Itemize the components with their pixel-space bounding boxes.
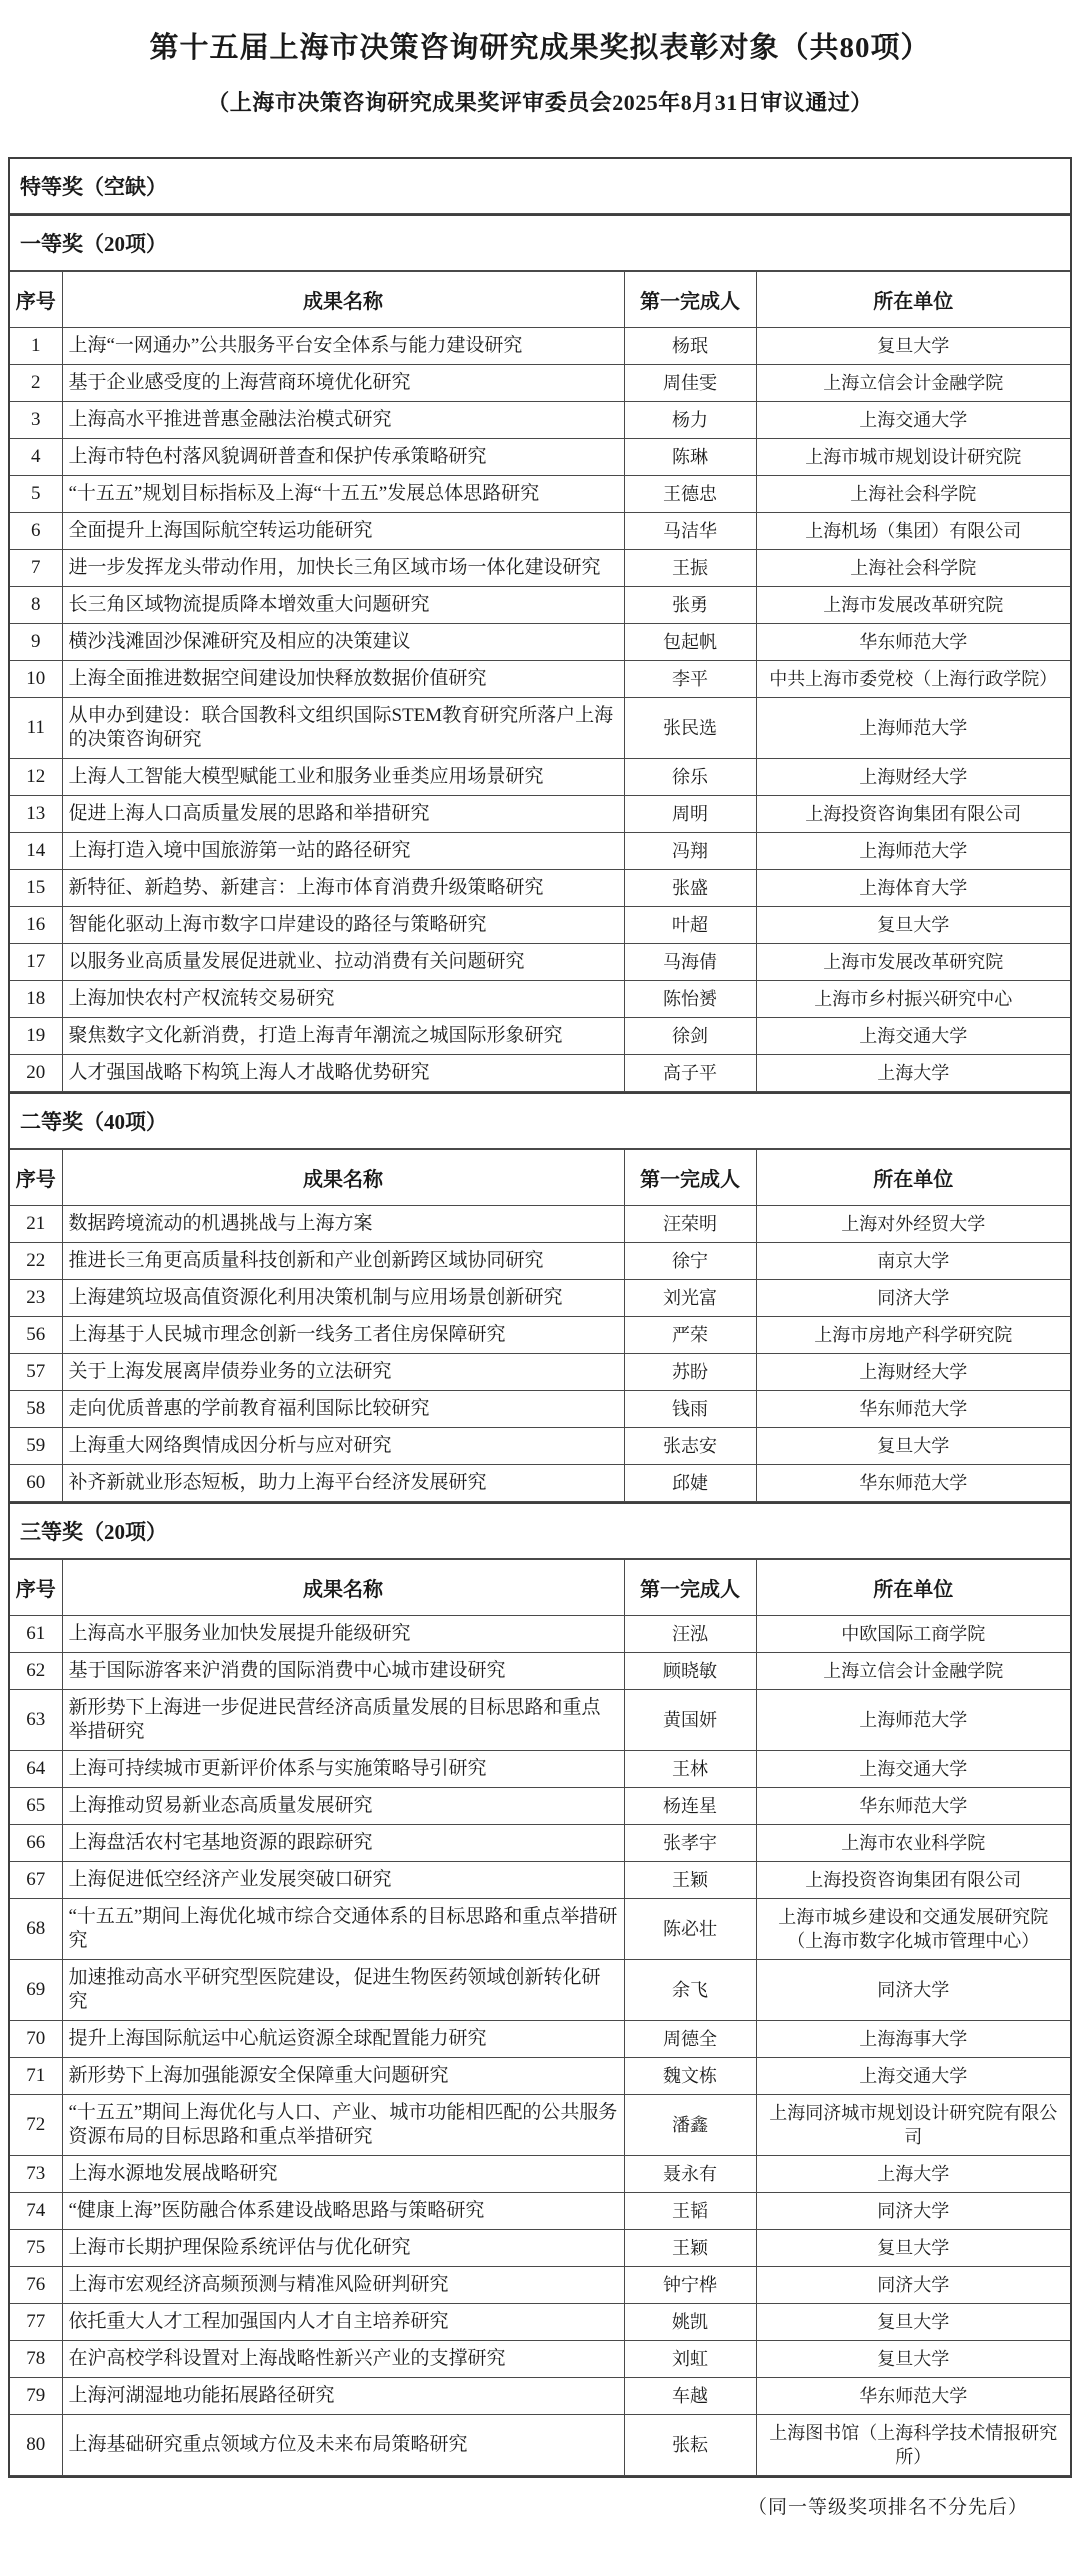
cell-result-title: 关于上海发展离岸债券业务的立法研究: [62, 1354, 624, 1391]
cell-first-author: 汪泓: [624, 1616, 756, 1653]
table-row: 2基于企业感受度的上海营商环境优化研究周佳雯上海立信会计金融学院: [10, 365, 1070, 402]
cell-organization: 上海社会科学院: [756, 550, 1070, 587]
cell-first-author: 王颖: [624, 1862, 756, 1899]
table-row: 8长三角区域物流提质降本增效重大问题研究张勇上海市发展改革研究院: [10, 587, 1070, 624]
table-row: 20人才强国战略下构筑上海人才战略优势研究高子平上海大学: [10, 1055, 1070, 1092]
table-row: 57关于上海发展离岸债券业务的立法研究苏盼上海财经大学: [10, 1354, 1070, 1391]
cell-index: 70: [10, 2021, 62, 2058]
table-row: 69加速推动高水平研究型医院建设，促进生物医药领域创新转化研究余飞同济大学: [10, 1960, 1070, 2021]
table-row: 5“十五五”规划目标指标及上海“十五五”发展总体思路研究王德忠上海社会科学院: [10, 476, 1070, 513]
cell-organization: 中共上海市委党校（上海行政学院）: [756, 661, 1070, 698]
cell-index: 6: [10, 513, 62, 550]
cell-index: 58: [10, 1391, 62, 1428]
cell-organization: 上海财经大学: [756, 1354, 1070, 1391]
cell-first-author: 聂永有: [624, 2156, 756, 2193]
cell-organization: 上海交通大学: [756, 2058, 1070, 2095]
cell-index: 65: [10, 1788, 62, 1825]
table-row: 1上海“一网通办”公共服务平台安全体系与能力建设研究杨珉复旦大学: [10, 328, 1070, 365]
cell-organization: 华东师范大学: [756, 1465, 1070, 1502]
cell-index: 78: [10, 2341, 62, 2378]
cell-first-author: 张孝宇: [624, 1825, 756, 1862]
cell-index: 18: [10, 981, 62, 1018]
cell-first-author: 钟宁桦: [624, 2267, 756, 2304]
header-row: 序号成果名称第一完成人所在单位: [10, 272, 1070, 328]
cell-result-title: 新特征、新趋势、新建言：上海市体育消费升级策略研究: [62, 870, 624, 907]
cell-organization: 上海师范大学: [756, 1690, 1070, 1751]
cell-result-title: 上海高水平推进普惠金融法治模式研究: [62, 402, 624, 439]
cell-index: 17: [10, 944, 62, 981]
cell-organization: 上海投资咨询集团有限公司: [756, 1862, 1070, 1899]
cell-index: 72: [10, 2095, 62, 2156]
cell-organization: 同济大学: [756, 1280, 1070, 1317]
cell-first-author: 陈琳: [624, 439, 756, 476]
cell-result-title: 上海推动贸易新业态高质量发展研究: [62, 1788, 624, 1825]
cell-index: 10: [10, 661, 62, 698]
table-row: 3上海高水平推进普惠金融法治模式研究杨力上海交通大学: [10, 402, 1070, 439]
cell-first-author: 王德忠: [624, 476, 756, 513]
cell-organization: 华东师范大学: [756, 624, 1070, 661]
cell-organization: 同济大学: [756, 2193, 1070, 2230]
cell-result-title: 上海市特色村落风貌调研普查和保护传承策略研究: [62, 439, 624, 476]
cell-result-title: 聚焦数字文化新消费，打造上海青年潮流之城国际形象研究: [62, 1018, 624, 1055]
cell-index: 2: [10, 365, 62, 402]
cell-organization: 上海投资咨询集团有限公司: [756, 796, 1070, 833]
cell-result-title: 上海可持续城市更新评价体系与实施策略导引研究: [62, 1751, 624, 1788]
table-row: 11从申办到建设：联合国教科文组织国际STEM教育研究所落户上海的决策咨询研究张…: [10, 698, 1070, 759]
cell-result-title: 上海打造入境中国旅游第一站的路径研究: [62, 833, 624, 870]
cell-result-title: “十五五”期间上海优化城市综合交通体系的目标思路和重点举措研究: [62, 1899, 624, 1960]
cell-result-title: 上海盘活农村宅基地资源的跟踪研究: [62, 1825, 624, 1862]
table-row: 10上海全面推进数据空间建设加快释放数据价值研究李平中共上海市委党校（上海行政学…: [10, 661, 1070, 698]
column-header: 成果名称: [62, 1560, 624, 1616]
cell-first-author: 苏盼: [624, 1354, 756, 1391]
table-row: 15新特征、新趋势、新建言：上海市体育消费升级策略研究张盛上海体育大学: [10, 870, 1070, 907]
cell-index: 9: [10, 624, 62, 661]
cell-organization: 上海师范大学: [756, 698, 1070, 759]
table-row: 63新形势下上海进一步促进民营经济高质量发展的目标思路和重点举措研究黄国妍上海师…: [10, 1690, 1070, 1751]
cell-organization: 上海师范大学: [756, 833, 1070, 870]
cell-organization: 上海立信会计金融学院: [756, 365, 1070, 402]
cell-index: 80: [10, 2415, 62, 2476]
cell-first-author: 陈怡赟: [624, 981, 756, 1018]
section-band: 一等奖（20项）: [10, 214, 1070, 271]
cell-result-title: 推进长三角更高质量科技创新和产业创新跨区域协同研究: [62, 1243, 624, 1280]
cell-result-title: 横沙浅滩固沙保滩研究及相应的决策建议: [62, 624, 624, 661]
cell-first-author: 周明: [624, 796, 756, 833]
table-row: 23上海建筑垃圾高值资源化利用决策机制与应用场景创新研究刘光富同济大学: [10, 1280, 1070, 1317]
cell-result-title: 走向优质普惠的学前教育福利国际比较研究: [62, 1391, 624, 1428]
table-row: 76上海市宏观经济高频预测与精准风险研判研究钟宁桦同济大学: [10, 2267, 1070, 2304]
cell-index: 64: [10, 1751, 62, 1788]
cell-result-title: “十五五”期间上海优化与人口、产业、城市功能相匹配的公共服务资源布局的目标思路和…: [62, 2095, 624, 2156]
cell-result-title: 全面提升上海国际航空转运功能研究: [62, 513, 624, 550]
cell-organization: 上海市农业科学院: [756, 1825, 1070, 1862]
cell-index: 56: [10, 1317, 62, 1354]
cell-index: 75: [10, 2230, 62, 2267]
cell-index: 14: [10, 833, 62, 870]
column-header: 序号: [10, 272, 62, 328]
cell-organization: 上海海事大学: [756, 2021, 1070, 2058]
cell-index: 77: [10, 2304, 62, 2341]
column-header: 所在单位: [756, 1150, 1070, 1206]
cell-organization: 上海财经大学: [756, 759, 1070, 796]
cell-index: 66: [10, 1825, 62, 1862]
cell-index: 74: [10, 2193, 62, 2230]
cell-organization: 中欧国际工商学院: [756, 1616, 1070, 1653]
cell-first-author: 王颖: [624, 2230, 756, 2267]
cell-first-author: 马海倩: [624, 944, 756, 981]
cell-organization: 上海同济城市规划设计研究院有限公司: [756, 2095, 1070, 2156]
cell-first-author: 王林: [624, 1751, 756, 1788]
section-table: 序号成果名称第一完成人所在单位1上海“一网通办”公共服务平台安全体系与能力建设研…: [10, 271, 1070, 1092]
column-header: 所在单位: [756, 1560, 1070, 1616]
cell-organization: 上海立信会计金融学院: [756, 1653, 1070, 1690]
cell-organization: 上海市乡村振兴研究中心: [756, 981, 1070, 1018]
cell-organization: 同济大学: [756, 2267, 1070, 2304]
cell-result-title: 上海重大网络舆情成因分析与应对研究: [62, 1428, 624, 1465]
cell-first-author: 张勇: [624, 587, 756, 624]
table-row: 21数据跨境流动的机遇挑战与上海方案汪荣明上海对外经贸大学: [10, 1206, 1070, 1243]
cell-index: 4: [10, 439, 62, 476]
cell-organization: 华东师范大学: [756, 2378, 1070, 2415]
cell-organization: 上海市房地产科学研究院: [756, 1317, 1070, 1354]
cell-index: 15: [10, 870, 62, 907]
table-row: 13促进上海人口高质量发展的思路和举措研究周明上海投资咨询集团有限公司: [10, 796, 1070, 833]
cell-first-author: 顾晓敏: [624, 1653, 756, 1690]
header-row: 序号成果名称第一完成人所在单位: [10, 1150, 1070, 1206]
cell-index: 68: [10, 1899, 62, 1960]
table-row: 6全面提升上海国际航空转运功能研究马洁华上海机场（集团）有限公司: [10, 513, 1070, 550]
cell-result-title: 上海全面推进数据空间建设加快释放数据价值研究: [62, 661, 624, 698]
cell-organization: 上海机场（集团）有限公司: [756, 513, 1070, 550]
cell-organization: 上海图书馆（上海科学技术情报研究所）: [756, 2415, 1070, 2476]
column-header: 成果名称: [62, 272, 624, 328]
cell-index: 3: [10, 402, 62, 439]
cell-result-title: 基于企业感受度的上海营商环境优化研究: [62, 365, 624, 402]
table-row: 75上海市长期护理保险系统评估与优化研究王颖复旦大学: [10, 2230, 1070, 2267]
cell-index: 76: [10, 2267, 62, 2304]
cell-first-author: 叶超: [624, 907, 756, 944]
table-row: 64上海可持续城市更新评价体系与实施策略导引研究王林上海交通大学: [10, 1751, 1070, 1788]
table-row: 56上海基于人民城市理念创新一线务工者住房保障研究严荣上海市房地产科学研究院: [10, 1317, 1070, 1354]
cell-result-title: “十五五”规划目标指标及上海“十五五”发展总体思路研究: [62, 476, 624, 513]
cell-first-author: 高子平: [624, 1055, 756, 1092]
table-row: 4上海市特色村落风貌调研普查和保护传承策略研究陈琳上海市城市规划设计研究院: [10, 439, 1070, 476]
cell-organization: 南京大学: [756, 1243, 1070, 1280]
table-row: 17以服务业高质量发展促进就业、拉动消费有关问题研究马海倩上海市发展改革研究院: [10, 944, 1070, 981]
table-row: 79上海河湖湿地功能拓展路径研究车越华东师范大学: [10, 2378, 1070, 2415]
cell-result-title: 上海高水平服务业加快发展提升能级研究: [62, 1616, 624, 1653]
cell-result-title: 长三角区域物流提质降本增效重大问题研究: [62, 587, 624, 624]
table-row: 61上海高水平服务业加快发展提升能级研究汪泓中欧国际工商学院: [10, 1616, 1070, 1653]
cell-organization: 上海交通大学: [756, 1751, 1070, 1788]
page-title: 第十五届上海市决策咨询研究成果奖拟表彰对象（共80项）: [0, 0, 1080, 66]
cell-index: 67: [10, 1862, 62, 1899]
table-row: 70提升上海国际航运中心航运资源全球配置能力研究周德全上海海事大学: [10, 2021, 1070, 2058]
table-row: 71新形势下上海加强能源安全保障重大问题研究魏文栋上海交通大学: [10, 2058, 1070, 2095]
footer-note: （同一等级奖项排名不分先后）: [0, 2492, 1028, 2519]
cell-index: 5: [10, 476, 62, 513]
cell-index: 60: [10, 1465, 62, 1502]
cell-organization: 华东师范大学: [756, 1788, 1070, 1825]
cell-organization: 上海体育大学: [756, 870, 1070, 907]
table-row: 74“健康上海”医防融合体系建设战略思路与策略研究王韬同济大学: [10, 2193, 1070, 2230]
cell-first-author: 徐乐: [624, 759, 756, 796]
section-table: 序号成果名称第一完成人所在单位21数据跨境流动的机遇挑战与上海方案汪荣明上海对外…: [10, 1149, 1070, 1502]
cell-organization: 上海对外经贸大学: [756, 1206, 1070, 1243]
cell-organization: 复旦大学: [756, 2230, 1070, 2267]
table-row: 22推进长三角更高质量科技创新和产业创新跨区域协同研究徐宁南京大学: [10, 1243, 1070, 1280]
table-row: 60补齐新就业形态短板，助力上海平台经济发展研究邱婕华东师范大学: [10, 1465, 1070, 1502]
cell-result-title: 上海市宏观经济高频预测与精准风险研判研究: [62, 2267, 624, 2304]
cell-first-author: 杨珉: [624, 328, 756, 365]
cell-organization: 上海交通大学: [756, 402, 1070, 439]
cell-index: 20: [10, 1055, 62, 1092]
document-page: 第十五届上海市决策咨询研究成果奖拟表彰对象（共80项） （上海市决策咨询研究成果…: [0, 0, 1080, 2519]
cell-index: 21: [10, 1206, 62, 1243]
cell-result-title: 进一步发挥龙头带动作用，加快长三角区域市场一体化建设研究: [62, 550, 624, 587]
table-row: 73上海水源地发展战略研究聂永有上海大学: [10, 2156, 1070, 2193]
cell-result-title: 上海人工智能大模型赋能工业和服务业垂类应用场景研究: [62, 759, 624, 796]
cell-index: 13: [10, 796, 62, 833]
cell-organization: 复旦大学: [756, 328, 1070, 365]
cell-organization: 上海市城乡建设和交通发展研究院（上海市数字化城市管理中心）: [756, 1899, 1070, 1960]
cell-index: 69: [10, 1960, 62, 2021]
cell-first-author: 马洁华: [624, 513, 756, 550]
cell-organization: 同济大学: [756, 1960, 1070, 2021]
cell-first-author: 王韬: [624, 2193, 756, 2230]
section-band: 特等奖（空缺）: [10, 159, 1070, 214]
cell-result-title: 上海促进低空经济产业发展突破口研究: [62, 1862, 624, 1899]
cell-result-title: 数据跨境流动的机遇挑战与上海方案: [62, 1206, 624, 1243]
cell-first-author: 魏文栋: [624, 2058, 756, 2095]
cell-result-title: 从申办到建设：联合国教科文组织国际STEM教育研究所落户上海的决策咨询研究: [62, 698, 624, 759]
cell-index: 7: [10, 550, 62, 587]
table-row: 66上海盘活农村宅基地资源的跟踪研究张孝宇上海市农业科学院: [10, 1825, 1070, 1862]
cell-result-title: 上海基础研究重点领域方位及未来布局策略研究: [62, 2415, 624, 2476]
table-row: 58走向优质普惠的学前教育福利国际比较研究钱雨华东师范大学: [10, 1391, 1070, 1428]
cell-organization: 上海交通大学: [756, 1018, 1070, 1055]
cell-index: 61: [10, 1616, 62, 1653]
cell-index: 16: [10, 907, 62, 944]
cell-first-author: 黄国妍: [624, 1690, 756, 1751]
cell-index: 59: [10, 1428, 62, 1465]
column-header: 序号: [10, 1560, 62, 1616]
cell-first-author: 张盛: [624, 870, 756, 907]
table-row: 16智能化驱动上海市数字口岸建设的路径与策略研究叶超复旦大学: [10, 907, 1070, 944]
cell-first-author: 潘鑫: [624, 2095, 756, 2156]
cell-first-author: 冯翔: [624, 833, 756, 870]
cell-organization: 上海市城市规划设计研究院: [756, 439, 1070, 476]
cell-first-author: 周佳雯: [624, 365, 756, 402]
cell-index: 11: [10, 698, 62, 759]
cell-first-author: 周德全: [624, 2021, 756, 2058]
cell-index: 57: [10, 1354, 62, 1391]
cell-organization: 上海大学: [756, 2156, 1070, 2193]
cell-first-author: 王振: [624, 550, 756, 587]
cell-organization: 华东师范大学: [756, 1391, 1070, 1428]
cell-index: 71: [10, 2058, 62, 2095]
cell-index: 12: [10, 759, 62, 796]
cell-first-author: 徐宁: [624, 1243, 756, 1280]
cell-result-title: 新形势下上海进一步促进民营经济高质量发展的目标思路和重点举措研究: [62, 1690, 624, 1751]
cell-index: 19: [10, 1018, 62, 1055]
table-row: 65上海推动贸易新业态高质量发展研究杨连星华东师范大学: [10, 1788, 1070, 1825]
cell-result-title: 依托重大人才工程加强国内人才自主培养研究: [62, 2304, 624, 2341]
section-band: 三等奖（20项）: [10, 1502, 1070, 1559]
cell-result-title: 上海水源地发展战略研究: [62, 2156, 624, 2193]
cell-index: 1: [10, 328, 62, 365]
page-subtitle: （上海市决策咨询研究成果奖评审委员会2025年8月31日审议通过）: [0, 86, 1080, 117]
cell-result-title: 上海市长期护理保险系统评估与优化研究: [62, 2230, 624, 2267]
cell-index: 79: [10, 2378, 62, 2415]
cell-first-author: 杨力: [624, 402, 756, 439]
cell-first-author: 张民选: [624, 698, 756, 759]
cell-first-author: 车越: [624, 2378, 756, 2415]
cell-first-author: 陈必壮: [624, 1899, 756, 1960]
table-row: 7进一步发挥龙头带动作用，加快长三角区域市场一体化建设研究王振上海社会科学院: [10, 550, 1070, 587]
cell-first-author: 钱雨: [624, 1391, 756, 1428]
cell-first-author: 徐剑: [624, 1018, 756, 1055]
cell-index: 23: [10, 1280, 62, 1317]
cell-organization: 上海市发展改革研究院: [756, 944, 1070, 981]
cell-organization: 上海市发展改革研究院: [756, 587, 1070, 624]
cell-first-author: 包起帆: [624, 624, 756, 661]
table-row: 72“十五五”期间上海优化与人口、产业、城市功能相匹配的公共服务资源布局的目标思…: [10, 2095, 1070, 2156]
column-header: 第一完成人: [624, 1560, 756, 1616]
cell-first-author: 刘光富: [624, 1280, 756, 1317]
column-header: 第一完成人: [624, 272, 756, 328]
cell-result-title: 加速推动高水平研究型医院建设，促进生物医药领域创新转化研究: [62, 1960, 624, 2021]
table-row: 14上海打造入境中国旅游第一站的路径研究冯翔上海师范大学: [10, 833, 1070, 870]
cell-organization: 复旦大学: [756, 2304, 1070, 2341]
cell-organization: 复旦大学: [756, 2341, 1070, 2378]
cell-result-title: 智能化驱动上海市数字口岸建设的路径与策略研究: [62, 907, 624, 944]
column-header: 所在单位: [756, 272, 1070, 328]
table-row: 9横沙浅滩固沙保滩研究及相应的决策建议包起帆华东师范大学: [10, 624, 1070, 661]
cell-result-title: “健康上海”医防融合体系建设战略思路与策略研究: [62, 2193, 624, 2230]
cell-result-title: 上海建筑垃圾高值资源化利用决策机制与应用场景创新研究: [62, 1280, 624, 1317]
cell-organization: 复旦大学: [756, 1428, 1070, 1465]
cell-index: 8: [10, 587, 62, 624]
table-row: 80上海基础研究重点领域方位及未来布局策略研究张耘上海图书馆（上海科学技术情报研…: [10, 2415, 1070, 2476]
cell-organization: 复旦大学: [756, 907, 1070, 944]
table-row: 12上海人工智能大模型赋能工业和服务业垂类应用场景研究徐乐上海财经大学: [10, 759, 1070, 796]
cell-result-title: 上海基于人民城市理念创新一线务工者住房保障研究: [62, 1317, 624, 1354]
cell-result-title: 促进上海人口高质量发展的思路和举措研究: [62, 796, 624, 833]
cell-result-title: 基于国际游客来沪消费的国际消费中心城市建设研究: [62, 1653, 624, 1690]
cell-organization: 上海大学: [756, 1055, 1070, 1092]
cell-index: 62: [10, 1653, 62, 1690]
cell-result-title: 提升上海国际航运中心航运资源全球配置能力研究: [62, 2021, 624, 2058]
cell-result-title: 新形势下上海加强能源安全保障重大问题研究: [62, 2058, 624, 2095]
cell-first-author: 姚凯: [624, 2304, 756, 2341]
cell-first-author: 张志安: [624, 1428, 756, 1465]
cell-first-author: 余飞: [624, 1960, 756, 2021]
cell-first-author: 邱婕: [624, 1465, 756, 1502]
cell-index: 73: [10, 2156, 62, 2193]
cell-result-title: 上海加快农村产权流转交易研究: [62, 981, 624, 1018]
table-row: 18上海加快农村产权流转交易研究陈怡赟上海市乡村振兴研究中心: [10, 981, 1070, 1018]
table-row: 78在沪高校学科设置对上海战略性新兴产业的支撑研究刘虹复旦大学: [10, 2341, 1070, 2378]
table-row: 19聚焦数字文化新消费，打造上海青年潮流之城国际形象研究徐剑上海交通大学: [10, 1018, 1070, 1055]
cell-organization: 上海社会科学院: [756, 476, 1070, 513]
column-header: 第一完成人: [624, 1150, 756, 1206]
cell-index: 63: [10, 1690, 62, 1751]
cell-result-title: 以服务业高质量发展促进就业、拉动消费有关问题研究: [62, 944, 624, 981]
cell-result-title: 上海“一网通办”公共服务平台安全体系与能力建设研究: [62, 328, 624, 365]
award-table: 特等奖（空缺）一等奖（20项）序号成果名称第一完成人所在单位1上海“一网通办”公…: [8, 157, 1072, 2478]
cell-first-author: 严荣: [624, 1317, 756, 1354]
cell-result-title: 补齐新就业形态短板，助力上海平台经济发展研究: [62, 1465, 624, 1502]
cell-result-title: 在沪高校学科设置对上海战略性新兴产业的支撑研究: [62, 2341, 624, 2378]
table-row: 68“十五五”期间上海优化城市综合交通体系的目标思路和重点举措研究陈必壮上海市城…: [10, 1899, 1070, 1960]
table-row: 59上海重大网络舆情成因分析与应对研究张志安复旦大学: [10, 1428, 1070, 1465]
cell-first-author: 李平: [624, 661, 756, 698]
cell-result-title: 上海河湖湿地功能拓展路径研究: [62, 2378, 624, 2415]
cell-first-author: 刘虹: [624, 2341, 756, 2378]
cell-index: 22: [10, 1243, 62, 1280]
column-header: 成果名称: [62, 1150, 624, 1206]
header-row: 序号成果名称第一完成人所在单位: [10, 1560, 1070, 1616]
cell-result-title: 人才强国战略下构筑上海人才战略优势研究: [62, 1055, 624, 1092]
table-row: 62基于国际游客来沪消费的国际消费中心城市建设研究顾晓敏上海立信会计金融学院: [10, 1653, 1070, 1690]
table-row: 77依托重大人才工程加强国内人才自主培养研究姚凯复旦大学: [10, 2304, 1070, 2341]
column-header: 序号: [10, 1150, 62, 1206]
table-row: 67上海促进低空经济产业发展突破口研究王颖上海投资咨询集团有限公司: [10, 1862, 1070, 1899]
cell-first-author: 张耘: [624, 2415, 756, 2476]
section-band: 二等奖（40项）: [10, 1092, 1070, 1149]
cell-first-author: 杨连星: [624, 1788, 756, 1825]
cell-first-author: 汪荣明: [624, 1206, 756, 1243]
section-table: 序号成果名称第一完成人所在单位61上海高水平服务业加快发展提升能级研究汪泓中欧国…: [10, 1559, 1070, 2476]
